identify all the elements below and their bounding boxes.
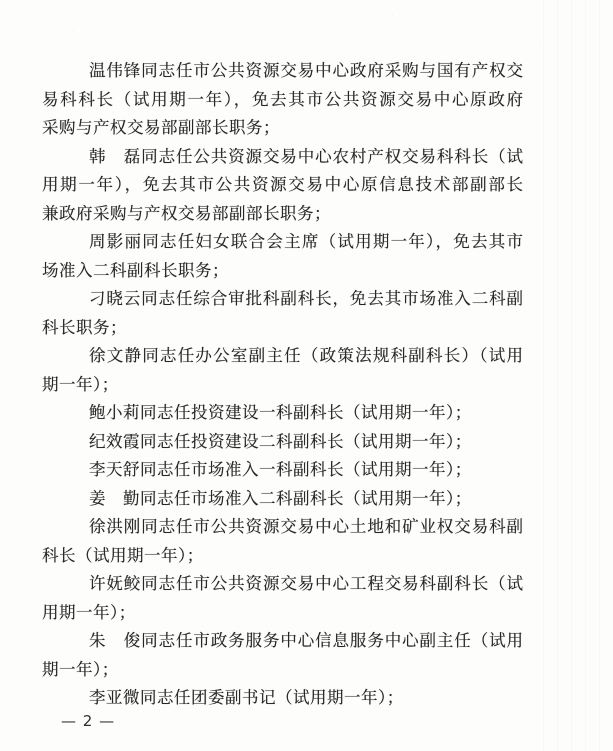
text-line: 易科科长（试用期一年），免去其市公共资源交易中心原政府 [42,86,523,115]
text-line: 场准入二科副科长职务； [42,257,523,286]
text-line: 李天舒同志任市场准入一科副科长（试用期一年）； [42,456,523,485]
paragraph: 鲍小莉同志任投资建设一科副科长（试用期一年）； [42,399,523,428]
text-line: 科长职务； [42,314,523,343]
paragraph: 朱 俊同志任市政务服务中心信息服务中心副主任（试用期一年）； [42,627,523,684]
paragraph: 纪效霞同志任投资建设二科副科长（试用期一年）； [42,428,523,457]
document-body: 温伟锋同志任市公共资源交易中心政府采购与国有产权交易科科长（试用期一年），免去其… [42,57,523,713]
text-line: 期一年）； [42,371,523,400]
text-line: 徐文静同志任办公室副主任（政策法规科副科长）（试用 [42,342,523,371]
text-line: 科长（试用期一年）； [42,542,523,571]
text-line: 采购与产权交易部副部长职务； [42,114,523,143]
paragraph: 周影丽同志任妇女联合会主席（试用期一年），免去其市场准入二科副科长职务； [42,228,523,285]
paragraph: 刁晓云同志任综合审批科副科长，免去其市场准入二科副科长职务； [42,285,523,342]
paragraph: 温伟锋同志任市公共资源交易中心政府采购与国有产权交易科科长（试用期一年），免去其… [42,57,523,143]
text-line: 用期一年），免去其市公共资源交易中心原信息技术部副部长 [42,171,523,200]
page-number: — 2 — [61,711,115,731]
text-line: 用期一年）； [42,599,523,628]
text-line: 朱 俊同志任市政务服务中心信息服务中心副主任（试用 [42,627,523,656]
text-line: 纪效霞同志任投资建设二科副科长（试用期一年）； [42,428,523,457]
text-line: 鲍小莉同志任投资建设一科副科长（试用期一年）； [42,399,523,428]
document-page: 温伟锋同志任市公共资源交易中心政府采购与国有产权交易科科长（试用期一年），免去其… [0,0,613,751]
paragraph: 李亚微同志任团委副书记（试用期一年）； [42,684,523,713]
text-line: 期一年）； [42,656,523,685]
text-line: 李亚微同志任团委副书记（试用期一年）； [42,684,523,713]
paragraph: 徐洪刚同志任市公共资源交易中心土地和矿业权交易科副科长（试用期一年）； [42,513,523,570]
paragraph: 徐文静同志任办公室副主任（政策法规科副科长）（试用期一年）； [42,342,523,399]
text-line: 周影丽同志任妇女联合会主席（试用期一年），免去其市 [42,228,523,257]
text-line: 徐洪刚同志任市公共资源交易中心土地和矿业权交易科副 [42,513,523,542]
paragraph: 李天舒同志任市场准入一科副科长（试用期一年）； [42,456,523,485]
text-line: 姜 勤同志任市场准入二科副科长（试用期一年）； [42,485,523,514]
text-line: 许妩鲛同志任市公共资源交易中心工程交易科副科长（试 [42,570,523,599]
paragraph: 姜 勤同志任市场准入二科副科长（试用期一年）； [42,485,523,514]
text-line: 韩 磊同志任公共资源交易中心农村产权交易科科长（试 [42,143,523,172]
paragraph: 许妩鲛同志任市公共资源交易中心工程交易科副科长（试用期一年）； [42,570,523,627]
text-line: 兼政府采购与产权交易部副部长职务； [42,200,523,229]
paragraph: 韩 磊同志任公共资源交易中心农村产权交易科科长（试用期一年），免去其市公共资源交… [42,143,523,229]
text-line: 温伟锋同志任市公共资源交易中心政府采购与国有产权交 [42,57,523,86]
text-line: 刁晓云同志任综合审批科副科长，免去其市场准入二科副 [42,285,523,314]
